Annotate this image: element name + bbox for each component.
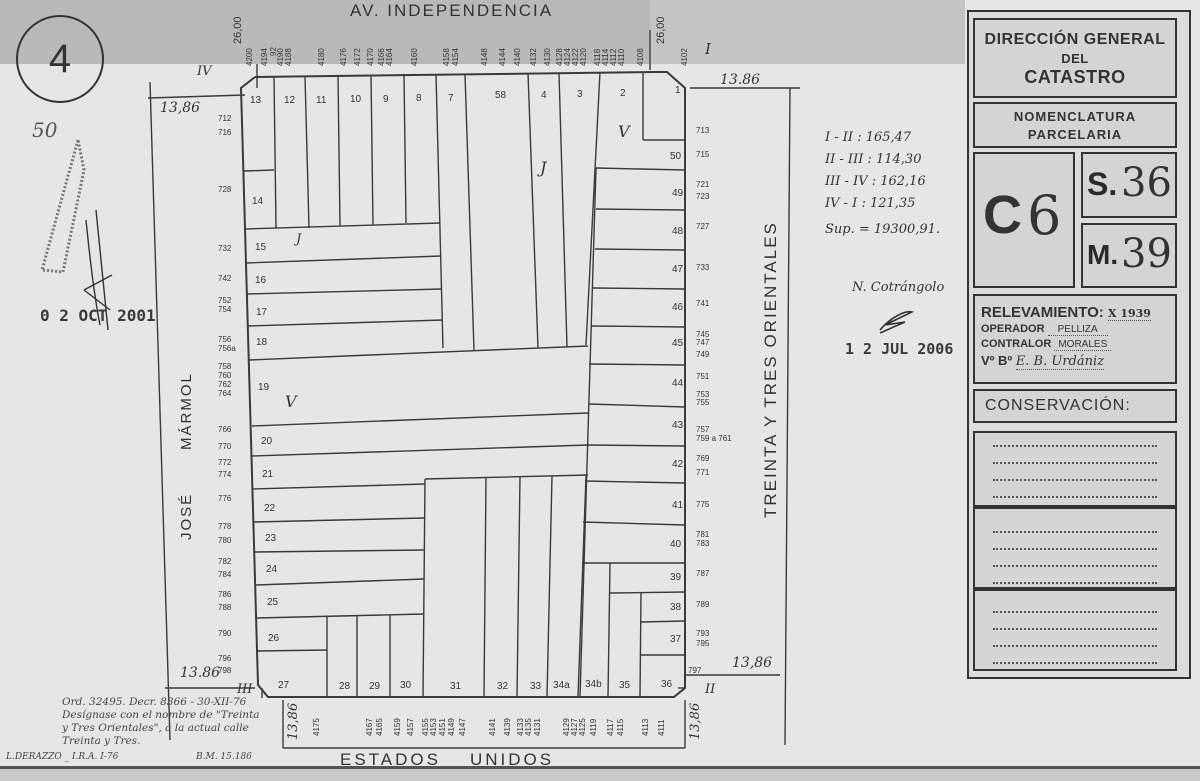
house-number: 787	[696, 569, 709, 578]
lot-29: 29	[369, 681, 380, 692]
title-block: DIRECCIÓN GENERAL DEL CATASTRO NOMENCLAT…	[967, 10, 1191, 679]
conservation-box: CONSERVACIÓN:	[973, 389, 1177, 423]
nomenclature-line-1: NOMENCLATURA	[975, 108, 1175, 126]
house-number: 784	[218, 570, 231, 579]
house-number: 4175	[312, 718, 321, 736]
house-number: 4176	[339, 48, 348, 66]
house-number: 758	[218, 362, 231, 371]
east-house-numbers: 713 715 721 723 727 733 741 745 747 749 …	[696, 126, 736, 676]
lot-34a: 34a	[553, 680, 570, 691]
survey-box: RELEVAMIENTO: X 1939 OPERADOR PELLIZA CO…	[973, 294, 1177, 384]
section-value: 36	[1121, 160, 1172, 206]
house-number: 797	[688, 666, 701, 675]
lot-16: 16	[255, 275, 266, 286]
house-number: 721	[696, 180, 709, 189]
house-number: 727	[696, 222, 709, 231]
lot-34b: 34b	[585, 679, 602, 690]
house-number: 4180	[317, 48, 326, 66]
operator-value: PELLIZA	[1048, 324, 1108, 336]
circumscription-box: C 6	[973, 152, 1075, 288]
conservation-entry-1	[973, 431, 1177, 507]
street-east: TREINTA Y TRES ORIENTALES	[761, 221, 781, 518]
house-number: 4130	[543, 48, 552, 66]
right-signature: N. Cotrángolo	[852, 280, 944, 295]
circ-value: 6	[1027, 184, 1061, 247]
controller-row: CONTRALOR MORALES	[981, 338, 1169, 351]
lot-26: 26	[268, 633, 279, 644]
lot-18: 18	[256, 337, 267, 348]
lot-23: 23	[265, 533, 276, 544]
house-number: 723	[696, 192, 709, 201]
lot-12: 12	[284, 95, 295, 106]
ordinance-note: Ord. 32495. Decr. 8366 - 30-XII-76 Desíg…	[62, 696, 260, 748]
house-number: 749	[696, 350, 709, 359]
lot-28: 28	[339, 681, 350, 692]
house-number: 4120	[579, 48, 588, 66]
house-number: 4102	[680, 48, 689, 66]
house-number: 4154	[451, 48, 460, 66]
north-house-numbers: 4200 4194 92 4190 4188 4180 4176 4172 41…	[240, 30, 690, 70]
house-number: 757	[696, 425, 709, 434]
house-number: 4115	[616, 719, 625, 736]
house-number: 4135	[524, 718, 533, 736]
lot-44: 44	[672, 378, 683, 389]
street-west-1: JOSÉ	[178, 493, 195, 540]
lot-30: 30	[400, 680, 411, 691]
house-number: 4113	[641, 719, 650, 736]
house-number: 790	[218, 629, 231, 638]
south-house-numbers: 4175 4167 4165 4159 4157 4155 4153 4151 …	[300, 700, 700, 745]
lot-2: 2	[620, 88, 626, 99]
house-number: 4160	[410, 48, 419, 66]
sheet-number-circle: 4	[16, 15, 104, 103]
house-number: 4158	[442, 48, 451, 66]
approval-row: Vº Bº E. B. Urdániz	[981, 353, 1169, 370]
house-number: 778	[218, 522, 231, 531]
vertex-III: III	[237, 682, 252, 697]
chamfer-s-left: 13,86	[286, 703, 301, 740]
house-number: 780	[218, 536, 231, 545]
house-number: 4140	[513, 48, 522, 66]
house-number: 4144	[498, 48, 507, 66]
house-number: 751	[696, 372, 709, 381]
house-number: 4148	[480, 48, 489, 66]
house-number: 759 a 761	[696, 434, 732, 443]
check-mark: J	[296, 232, 301, 247]
measurement-1: I - II : 165,47	[825, 127, 940, 149]
footer-left: L.DERAZZO _ I.R.A. I-76	[6, 752, 118, 762]
house-number: 733	[696, 263, 709, 272]
measurement-2: II - III : 114,30	[825, 149, 940, 171]
house-number: 4164	[385, 48, 394, 66]
lot-13: 13	[250, 95, 261, 106]
survey-value: X 1939	[1108, 307, 1151, 321]
ordinance-line-2: Desígnase con el nombre de "Treinta	[62, 709, 260, 722]
street-west-2: MÁRMOL	[178, 372, 195, 450]
house-number: 770	[218, 442, 231, 451]
lot-25: 25	[267, 597, 278, 608]
circ-letter: C	[983, 184, 1022, 246]
house-number: 766	[218, 425, 231, 434]
check-mark: V	[618, 122, 630, 141]
house-number: 793	[696, 629, 709, 638]
house-number: 716	[218, 128, 231, 137]
agency-line-2: DEL	[975, 50, 1175, 67]
house-number: 769	[696, 454, 709, 463]
lot-43: 43	[672, 420, 683, 431]
measurement-4: IV - I : 121,35	[825, 193, 940, 215]
house-number: 752	[218, 296, 231, 305]
operator-row: OPERADOR PELLIZA	[981, 323, 1169, 336]
section-box: S. 36	[1081, 152, 1177, 218]
lot-8: 8	[416, 93, 422, 104]
lot-4: 4	[541, 90, 547, 101]
survey-row: RELEVAMIENTO: X 1939	[981, 304, 1169, 321]
lot-17: 17	[256, 307, 267, 318]
lot-36: 36	[661, 679, 672, 690]
lot-47: 47	[672, 264, 683, 275]
house-number: 754	[218, 305, 231, 314]
lot-49: 49	[672, 188, 683, 199]
surface-area: Sup. = 19300,91.	[825, 219, 940, 241]
house-number: 4125	[578, 718, 587, 736]
house-number: 728	[218, 185, 231, 194]
lot-39: 39	[670, 572, 681, 583]
chamfer-ne: 13.86	[720, 72, 760, 88]
house-number: 756a	[218, 344, 236, 353]
conservation-entry-3	[973, 589, 1177, 671]
agency-box: DIRECCIÓN GENERAL DEL CATASTRO	[973, 18, 1177, 98]
approval-signature: E. B. Urdániz	[1016, 354, 1104, 370]
lot-31: 31	[450, 681, 461, 692]
house-number: 4139	[503, 718, 512, 736]
west-house-numbers: 712 716 728 732 742 752 754 756 756a 758…	[218, 110, 242, 680]
house-number: 771	[696, 468, 709, 477]
house-number: 783	[696, 539, 709, 548]
cadastral-block-map	[0, 0, 965, 781]
house-number: 774	[218, 470, 231, 479]
vertex-II: II	[705, 682, 715, 697]
house-number: 4157	[406, 718, 415, 736]
house-number: 775	[696, 500, 709, 509]
house-number: 4167	[365, 718, 374, 736]
vertex-I: I	[705, 40, 711, 58]
house-number: 4110	[617, 49, 626, 66]
chamfer-sw: 13.86	[180, 665, 220, 681]
house-number: 776	[218, 494, 231, 503]
right-date-stamp: 1 2 JUL 2006	[845, 340, 953, 358]
house-number: 4172	[353, 48, 362, 66]
bottom-strip	[0, 769, 1200, 781]
house-number: 782	[218, 557, 231, 566]
lot-46: 46	[672, 302, 683, 313]
lot-19: 19	[258, 382, 269, 393]
lot-10: 10	[350, 94, 361, 105]
measurements-list: I - II : 165,47 II - III : 114,30 III - …	[825, 127, 940, 241]
agency-line-1: DIRECCIÓN GENERAL	[975, 30, 1175, 50]
section-letter: S.	[1087, 166, 1117, 203]
ordinance-line-1: Ord. 32495. Decr. 8366 - 30-XII-76	[62, 696, 260, 709]
lot-41: 41	[672, 500, 683, 511]
house-number: 742	[218, 274, 231, 283]
lot-22: 22	[264, 503, 275, 514]
conservation-entry-2	[973, 507, 1177, 589]
block-box: M. 39	[1081, 223, 1177, 288]
operator-label: OPERADOR	[981, 323, 1045, 335]
block-value: 39	[1121, 231, 1172, 277]
house-number: 741	[696, 299, 709, 308]
lot-37: 37	[670, 634, 681, 645]
house-number: 4194	[260, 48, 269, 66]
nomenclature-line-2: PARCELARIA	[975, 126, 1175, 144]
house-number: 4108	[636, 48, 645, 66]
house-number: 4159	[393, 718, 402, 736]
house-number: 762	[218, 380, 231, 389]
block-letter: M.	[1087, 239, 1118, 271]
lot-21: 21	[262, 469, 273, 480]
street-north: AV. INDEPENDENCIA	[350, 1, 553, 21]
house-number: 756	[218, 335, 231, 344]
lot-9: 9	[383, 94, 389, 105]
ordinance-line-4: Treinta y Tres.	[62, 735, 260, 748]
house-number: 4131	[533, 718, 542, 736]
house-number: 786	[218, 590, 231, 599]
lot-15: 15	[255, 242, 266, 253]
lot-3: 3	[577, 89, 583, 100]
house-number: 4119	[589, 719, 598, 736]
house-number: 4165	[375, 718, 384, 736]
house-number: 712	[218, 114, 231, 123]
controller-value: MORALES	[1054, 339, 1111, 351]
house-number: 772	[218, 458, 231, 467]
house-number: 747	[696, 338, 709, 347]
lot-1: 1	[675, 85, 681, 96]
controller-label: CONTRALOR	[981, 338, 1051, 350]
house-number: 798	[218, 666, 231, 675]
survey-label: RELEVAMIENTO:	[981, 304, 1104, 321]
lot-38: 38	[670, 602, 681, 613]
lot-7: 7	[448, 93, 454, 104]
left-date-stamp: 0 2 OCT 2001	[40, 306, 156, 325]
nomenclature-box: NOMENCLATURA PARCELARIA	[973, 102, 1177, 148]
house-number: 795	[696, 639, 709, 648]
house-number: 789	[696, 600, 709, 609]
house-number: 4111	[657, 719, 666, 736]
house-number: 713	[696, 126, 709, 135]
house-number: 4117	[606, 719, 615, 736]
house-number: 4170	[366, 48, 375, 66]
lot-35: 35	[619, 680, 630, 691]
house-number: 732	[218, 244, 231, 253]
ordinance-line-3: y Tres Orientales", a la actual calle	[62, 722, 260, 735]
lot-33: 33	[530, 681, 541, 692]
lot-27: 27	[278, 680, 289, 691]
lot-14: 14	[252, 196, 263, 207]
house-number: 4153	[429, 718, 438, 736]
house-number: 788	[218, 603, 231, 612]
house-number: 781	[696, 530, 709, 539]
house-number: 4132	[529, 48, 538, 66]
lot-48: 48	[672, 226, 683, 237]
check-mark: V	[285, 392, 297, 411]
approval-label: Vº Bº	[981, 353, 1012, 368]
house-number: 715	[696, 150, 709, 159]
house-number: 4149	[447, 718, 456, 736]
lot-20: 20	[261, 436, 272, 447]
scale-note: 50	[32, 118, 57, 142]
chamfer-nw: 13,86	[160, 100, 200, 116]
lot-40: 40	[670, 539, 681, 550]
house-number: 796	[218, 654, 231, 663]
house-number: 4200	[245, 48, 254, 66]
house-number: 4188	[284, 48, 293, 66]
lot-50: 50	[670, 151, 681, 162]
lot-24: 24	[266, 564, 277, 575]
measurement-3: III - IV : 162,16	[825, 171, 940, 193]
house-number: 4151	[438, 718, 447, 736]
vertex-IV: IV	[197, 64, 212, 79]
house-number: 4147	[458, 718, 467, 736]
lot-32: 32	[497, 681, 508, 692]
footer-mid: B.M. 15.186	[196, 752, 252, 762]
house-number: 755	[696, 398, 709, 407]
lot-42: 42	[672, 459, 683, 470]
chamfer-se: 13,86	[732, 655, 772, 671]
lot-45: 45	[672, 338, 683, 349]
lot-58: 58	[495, 90, 506, 101]
house-number: 760	[218, 371, 231, 380]
house-number: 4141	[488, 718, 497, 736]
conservation-label: CONSERVACIÓN:	[985, 397, 1165, 415]
house-number: 764	[218, 389, 231, 398]
agency-line-3: CATASTRO	[975, 67, 1175, 87]
check-mark: J	[540, 158, 546, 177]
lot-11: 11	[316, 95, 326, 106]
